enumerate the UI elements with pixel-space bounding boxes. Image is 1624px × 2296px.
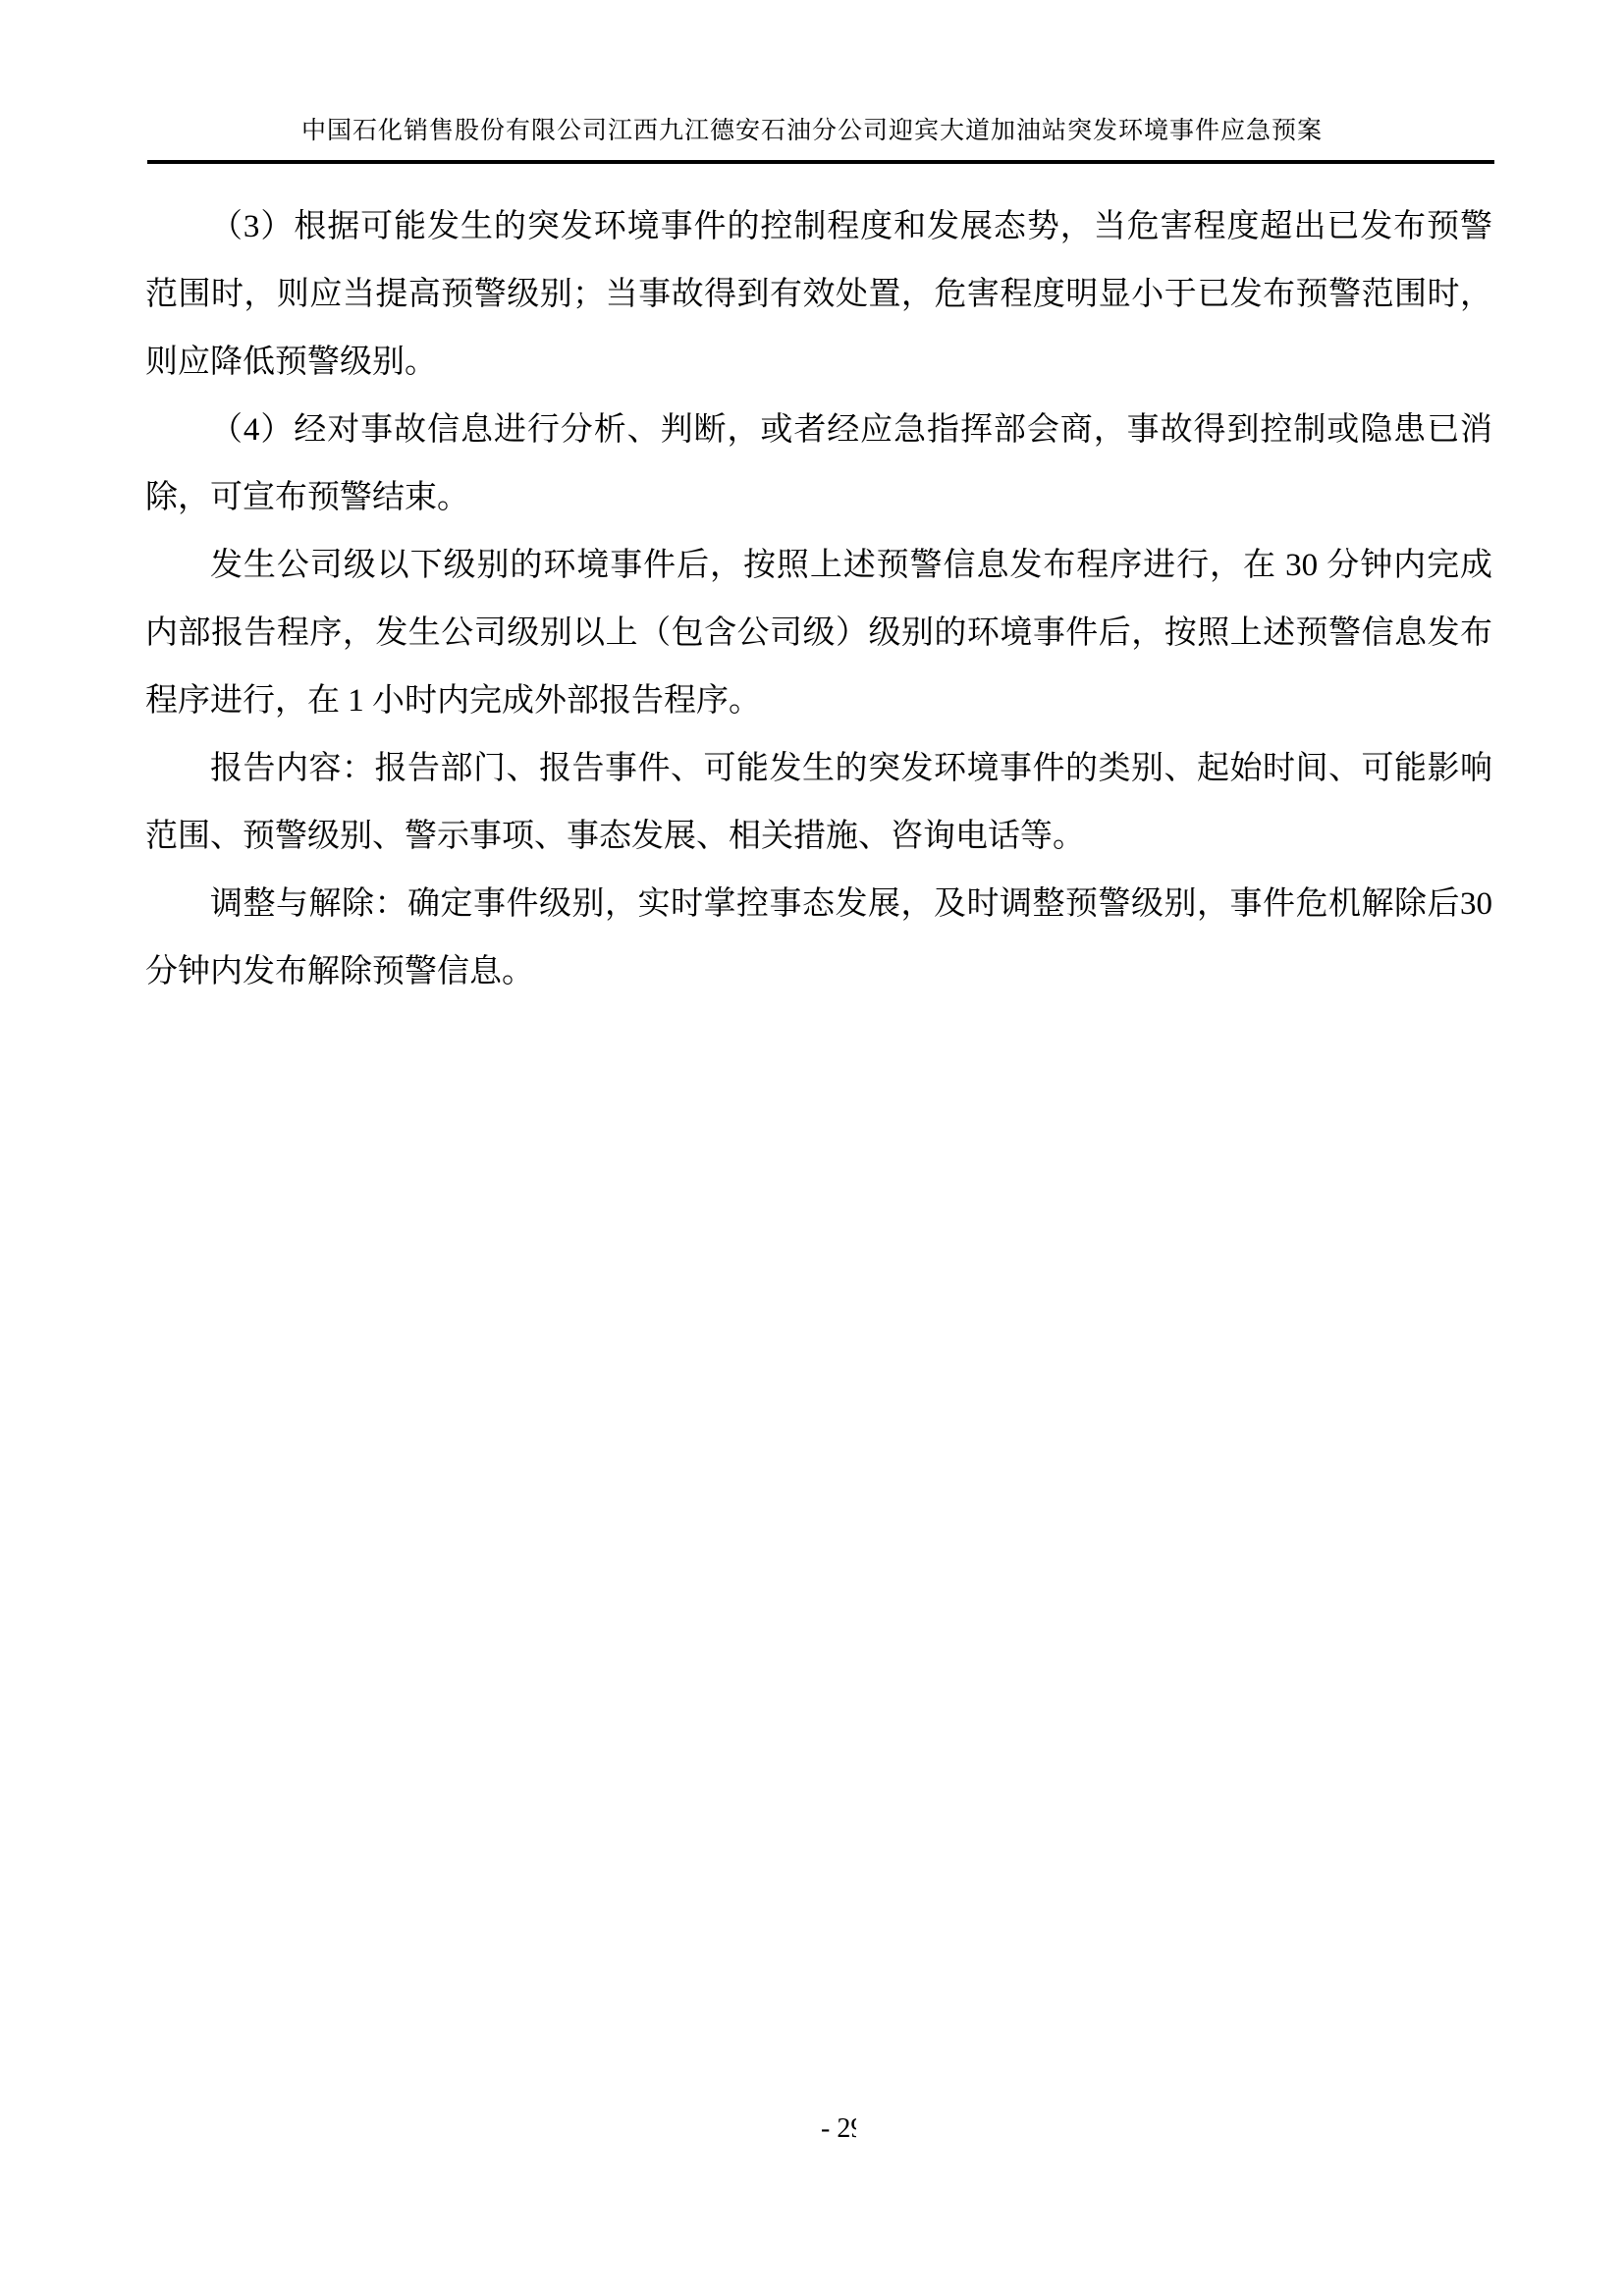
paragraph: （3）根据可能发生的突发环境事件的控制程度和发展态势，当危害程度超出已发布预警 … (145, 193, 1492, 397)
page-number: - 29 (821, 2112, 856, 2148)
body-line: 范围时，则应当提高预警级别；当事故得到有效处置，危害程度明显小于已发布预警范围时… (145, 261, 1492, 329)
body-line: 分钟内发布解除预警信息。 (145, 938, 1492, 1006)
paragraph: 调整与解除：确定事件级别，实时掌控事态发展，及时调整预警级别，事件危机解除后30… (145, 871, 1492, 1006)
body-line: （4）经对事故信息进行分析、判断，或者经应急指挥部会商，事故得到控制或隐患已消 (145, 397, 1492, 464)
paragraph: 发生公司级以下级别的环境事件后，按照上述预警信息发布程序进行，在 30 分钟内完… (145, 532, 1492, 735)
header-rule (147, 160, 1494, 164)
body-line: 除，可宣布预警结束。 (145, 464, 1492, 532)
body-line: 程序进行，在 1 小时内完成外部报告程序。 (145, 667, 1492, 735)
paragraph: （4）经对事故信息进行分析、判断，或者经应急指挥部会商，事故得到控制或隐患已消 … (145, 397, 1492, 532)
paragraph: 报告内容：报告部门、报告事件、可能发生的突发环境事件的类别、起始时间、可能影响 … (145, 735, 1492, 871)
body-line: （3）根据可能发生的突发环境事件的控制程度和发展态势，当危害程度超出已发布预警 (145, 193, 1492, 261)
page-header-title: 中国石化销售股份有限公司江西九江德安石油分公司迎宾大道加油站突发环境事件应急预案 (0, 116, 1624, 147)
document-page: 中国石化销售股份有限公司江西九江德安石油分公司迎宾大道加油站突发环境事件应急预案… (0, 0, 1624, 2296)
body-line: 发生公司级以下级别的环境事件后，按照上述预警信息发布程序进行，在 30 分钟内完… (145, 532, 1492, 600)
body-line: 则应降低预警级别。 (145, 329, 1492, 397)
document-body: （3）根据可能发生的突发环境事件的控制程度和发展态势，当危害程度超出已发布预警 … (145, 193, 1492, 1006)
body-line: 报告内容：报告部门、报告事件、可能发生的突发环境事件的类别、起始时间、可能影响 (145, 735, 1492, 803)
body-line: 内部报告程序，发生公司级别以上（包含公司级）级别的环境事件后，按照上述预警信息发… (145, 600, 1492, 667)
body-line: 调整与解除：确定事件级别，实时掌控事态发展，及时调整预警级别，事件危机解除后30 (145, 871, 1492, 938)
body-line: 范围、预警级别、警示事项、事态发展、相关措施、咨询电话等。 (145, 803, 1492, 871)
